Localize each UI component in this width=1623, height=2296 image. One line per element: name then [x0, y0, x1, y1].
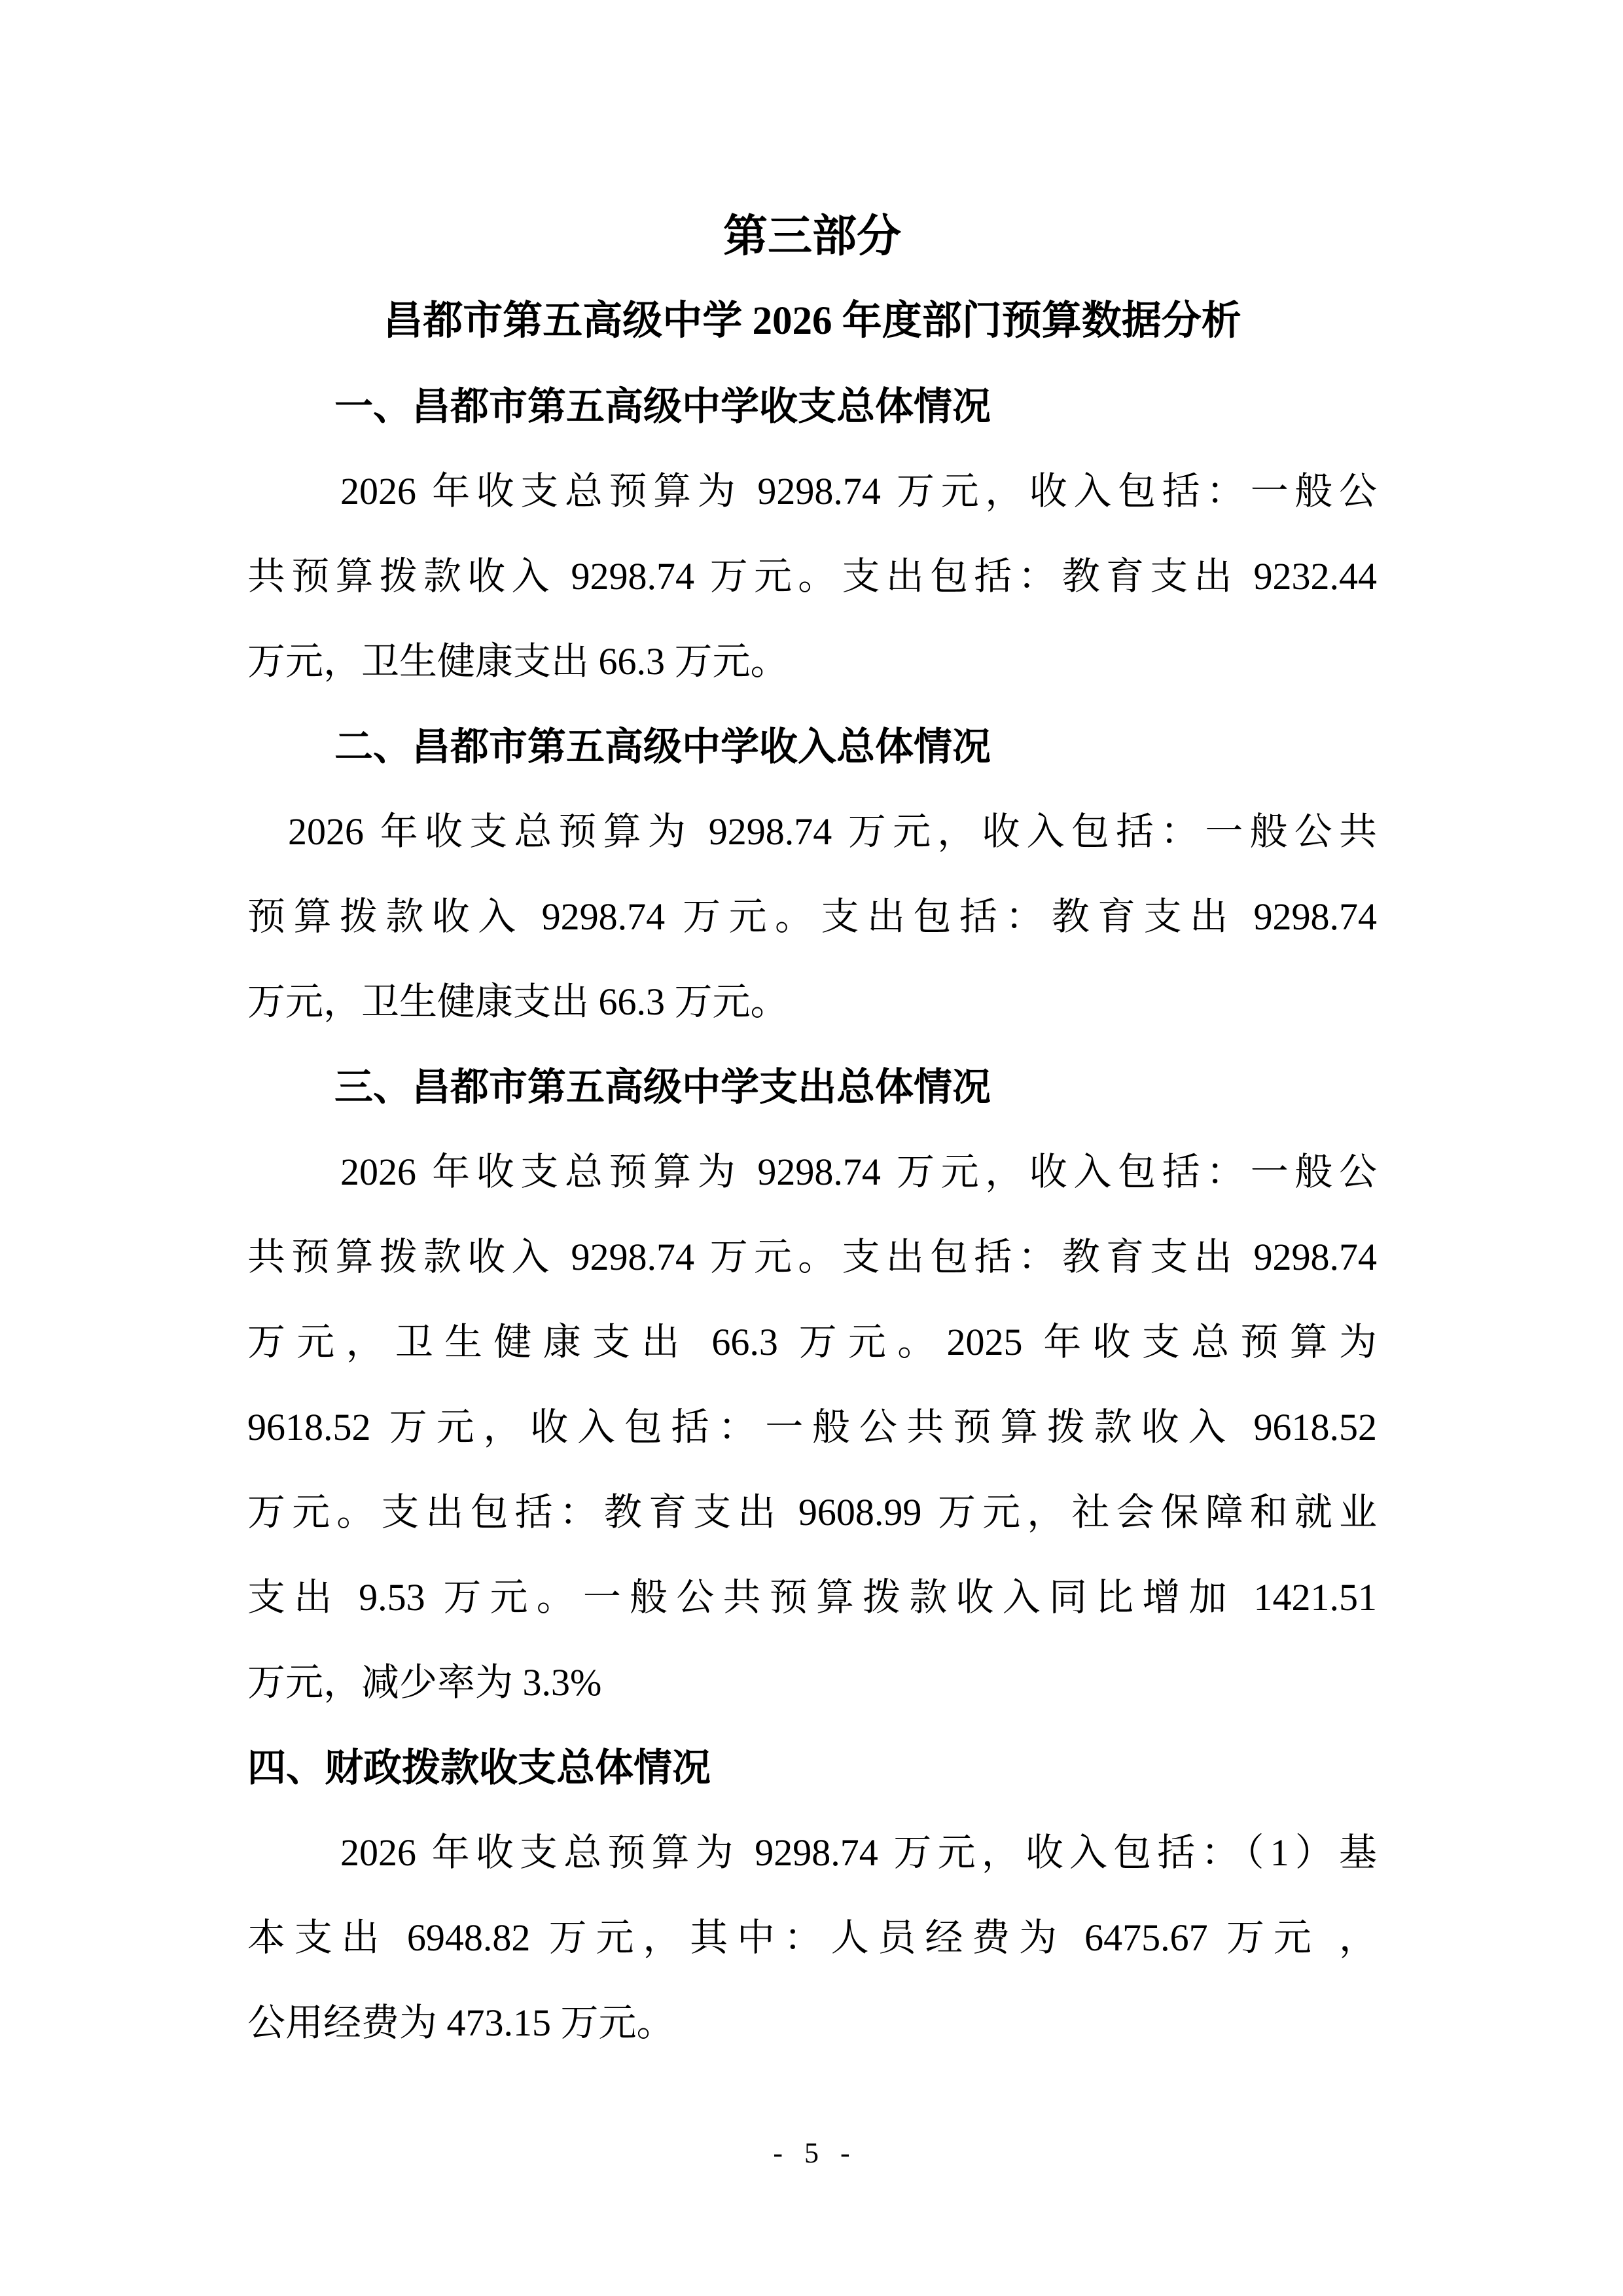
paragraph-line: 万元，卫生健康支出 66.3 万元。 [247, 619, 1377, 704]
document-body: 第三部分 昌都市第五高级中学 2026 年度部门预算数据分析 一、昌都市第五高级… [247, 194, 1377, 2066]
paragraph-line: 2026 年收支总预算为 9298.74 万元，收入包括：一般公 [247, 1130, 1377, 1215]
paragraph-line: 共预算拨款收入 9298.74 万元。支出包括：教育支出 9298.74 [247, 1215, 1377, 1300]
paragraph-line: 2026 年收支总预算为 9298.74 万元，收入包括：一般公共 [247, 789, 1377, 874]
section-paragraph-2: 2026 年收支总预算为 9298.74 万元，收入包括：一般公共预算拨款收入 … [247, 789, 1377, 1045]
part-title: 第三部分 [247, 194, 1377, 279]
paragraph-line: 2026 年收支总预算为 9298.74 万元，收入包括：一般公 [247, 449, 1377, 534]
sections-container: 一、昌都市第五高级中学收支总体情况2026 年收支总预算为 9298.74 万元… [247, 364, 1377, 2066]
paragraph-line: 万元，卫生健康支出 66.3 万元。2025 年收支总预算为 [247, 1300, 1377, 1385]
section-heading-2: 二、昌都市第五高级中学收入总体情况 [247, 704, 1377, 789]
section-paragraph-4: 2026 年收支总预算为 9298.74 万元，收入包括：（1）基本支出 694… [247, 1810, 1377, 2066]
paragraph-line: 2026 年收支总预算为 9298.74 万元，收入包括：（1）基 [247, 1810, 1377, 1895]
section-heading-3: 三、昌都市第五高级中学支出总体情况 [247, 1045, 1377, 1130]
paragraph-line: 万元。支出包括：教育支出 9608.99 万元，社会保障和就业 [247, 1470, 1377, 1555]
page-number-footer: - 5 - [0, 2117, 1623, 2189]
paragraph-line: 公用经费为 473.15 万元。 [247, 1981, 1377, 2066]
document-subtitle: 昌都市第五高级中学 2026 年度部门预算数据分析 [247, 279, 1377, 364]
paragraph-line: 共预算拨款收入 9298.74 万元。支出包括：教育支出 9232.44 [247, 534, 1377, 619]
paragraph-line: 9618.52 万元，收入包括：一般公共预算拨款收入 9618.52 [247, 1385, 1377, 1470]
section-paragraph-1: 2026 年收支总预算为 9298.74 万元，收入包括：一般公共预算拨款收入 … [247, 449, 1377, 704]
paragraph-line: 本支出 6948.82 万元，其中：人员经费为 6475.67 万元 ， [247, 1895, 1377, 1981]
document-page: 第三部分 昌都市第五高级中学 2026 年度部门预算数据分析 一、昌都市第五高级… [0, 0, 1623, 2296]
section-paragraph-3: 2026 年收支总预算为 9298.74 万元，收入包括：一般公共预算拨款收入 … [247, 1130, 1377, 1725]
paragraph-line: 支出 9.53 万元。一般公共预算拨款收入同比增加 1421.51 [247, 1555, 1377, 1640]
paragraph-line: 万元，卫生健康支出 66.3 万元。 [247, 960, 1377, 1045]
section-heading-1: 一、昌都市第五高级中学收支总体情况 [247, 364, 1377, 449]
section-heading-4: 四、财政拨款收支总体情况 [247, 1725, 1377, 1810]
paragraph-line: 预算拨款收入 9298.74 万元。支出包括：教育支出 9298.74 [247, 874, 1377, 960]
paragraph-line: 万元，减少率为 3.3% [247, 1640, 1377, 1725]
